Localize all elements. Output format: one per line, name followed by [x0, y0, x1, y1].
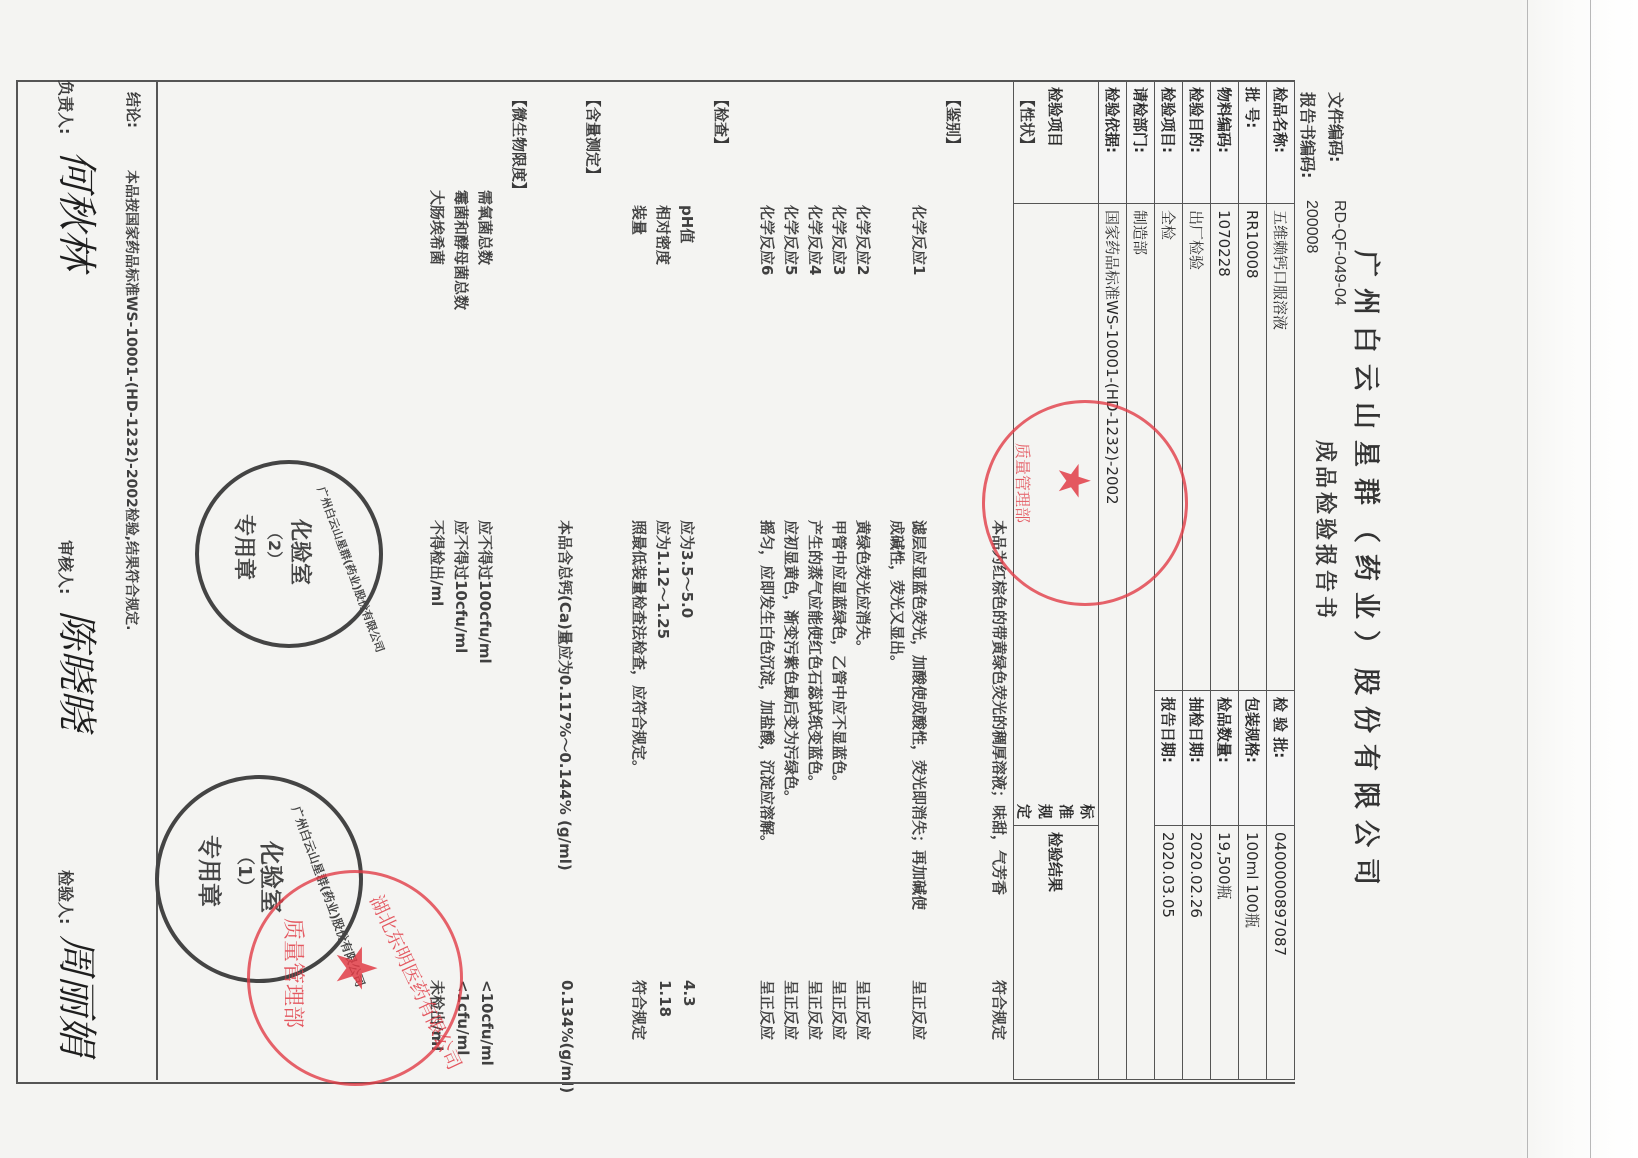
file-code: RD-QF-049-04: [1330, 200, 1348, 306]
company-name: 广州白云山星群（药业）股份有限公司: [1349, 250, 1388, 896]
reviewer-signature: 陈晓晓: [51, 610, 108, 730]
responsible-signature: 何秋林: [51, 150, 108, 270]
red-quality-stamp-top: ★ 质量管理部: [982, 400, 1188, 606]
star-icon: ★: [1048, 461, 1099, 500]
stamp-center-text: 化验室: [286, 519, 317, 585]
inspector-signature: 周丽娟: [51, 935, 108, 1055]
stamp-bottom-text: 专用章: [230, 514, 261, 580]
stamp-number: （2）: [264, 524, 287, 567]
stamp-text: 质量管理部: [1012, 443, 1035, 523]
hubei-quality-stamp: 湖北东明医药有限公司 ★ 质量管理部: [247, 870, 463, 1086]
stamp-bottom-text: 质量管理部: [279, 918, 310, 1028]
report-title: 成品检验报告书: [1311, 440, 1342, 622]
inspector-label: 检验人:: [55, 870, 78, 924]
report-no: 200008: [1302, 200, 1320, 253]
stamp-bottom-text: 专用章: [194, 835, 229, 907]
file-code-label: 文件编码:: [1325, 92, 1348, 162]
report-no-label: 报告书编码:: [1297, 92, 1320, 178]
lab-stamp-2: 广州白云山星群(药业)股份有限公司 化验室 （2） 专用章: [195, 460, 383, 648]
responsible-label: 负责人:: [55, 80, 78, 134]
reviewer-label: 审核人:: [55, 540, 78, 594]
conclusion-text: 本品按国家药品标准WS-10001-(HD-1232)-2002检验,结果符合规…: [122, 170, 142, 630]
stamp-number: （1）: [233, 847, 259, 896]
star-icon: ★: [323, 943, 388, 993]
inspection-report-page: 广州白云山星群（药业）股份有限公司 成品检验报告书 文件编码: RD-QF-04…: [0, 0, 1638, 1158]
conclusion-label: 结论:: [123, 92, 144, 128]
